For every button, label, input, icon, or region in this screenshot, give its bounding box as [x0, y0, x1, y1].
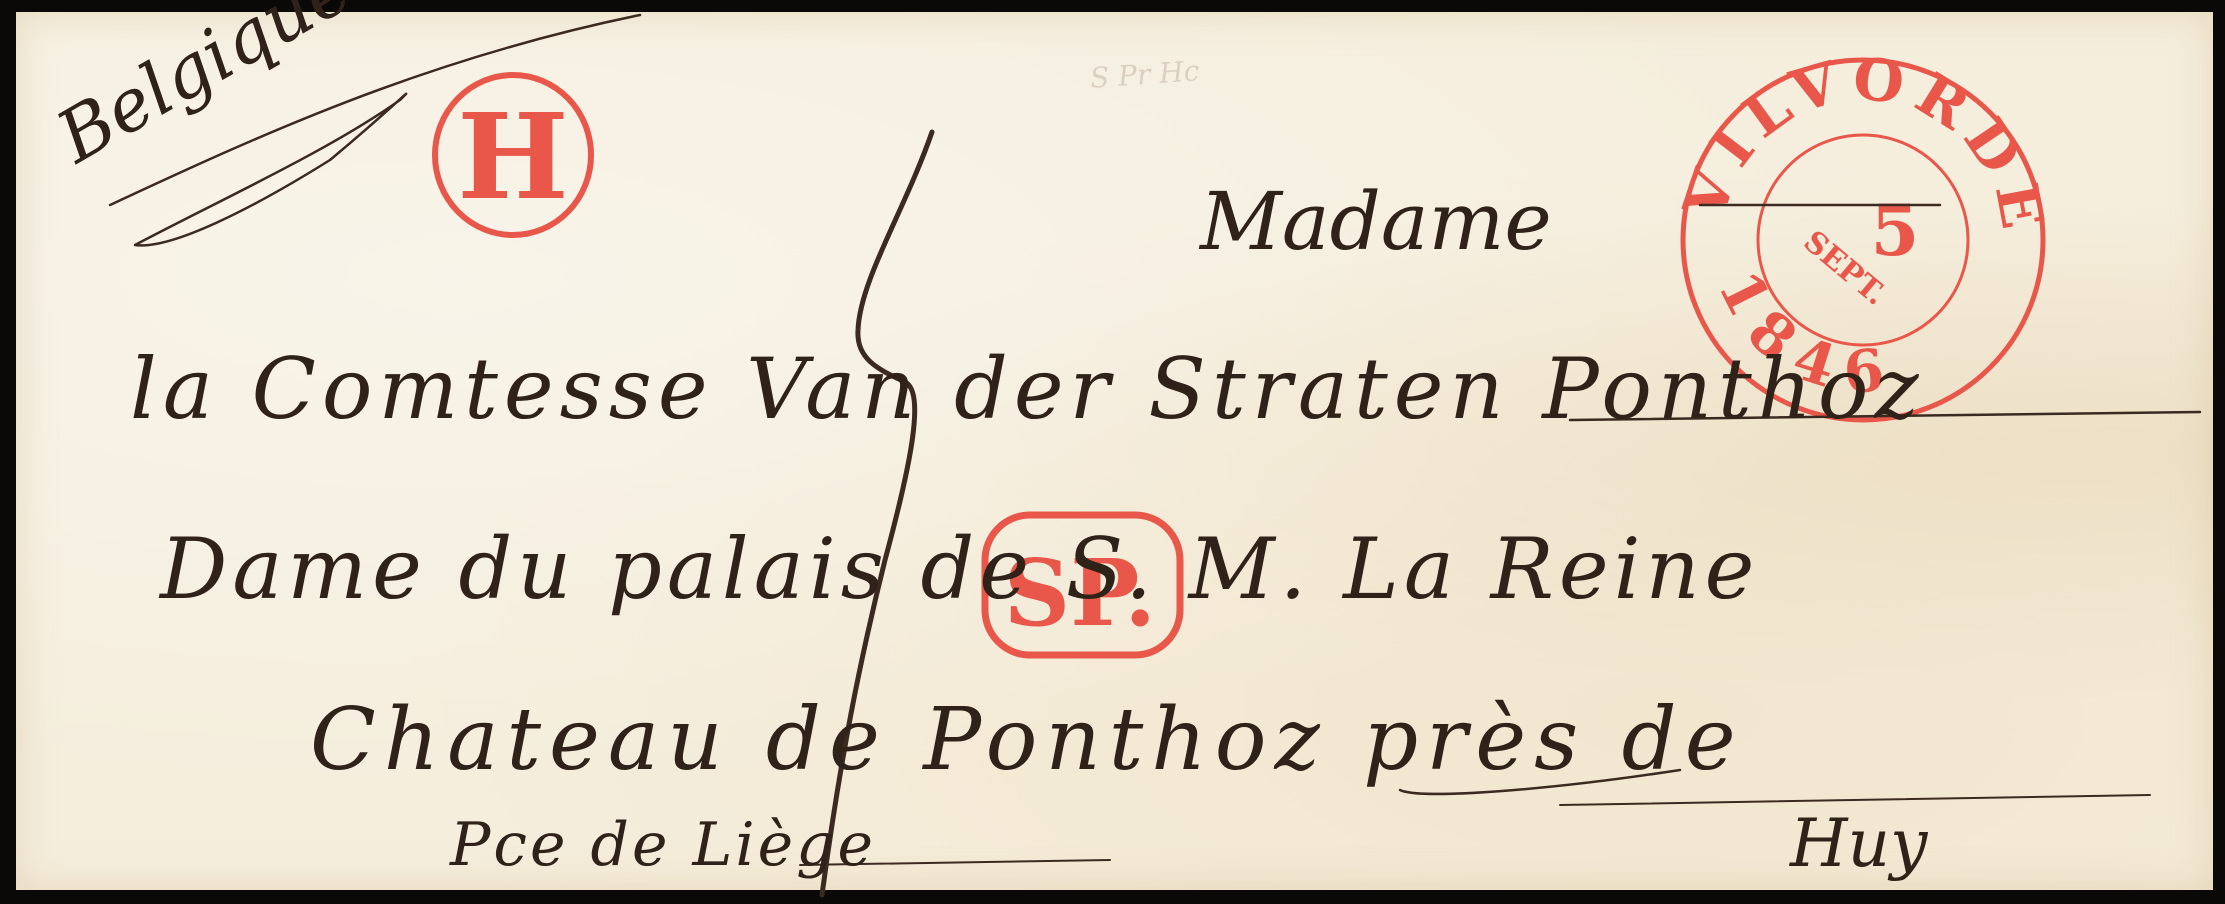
- address-line-salutation: Madame: [1200, 175, 1552, 268]
- address-line-town: Huy: [1790, 805, 1927, 882]
- h-postmark-letter: H: [457, 87, 569, 226]
- address-line-title: Dame du palais de S. M. La Reine: [160, 520, 1759, 618]
- address-line-chateau: Chateau de Ponthoz près de: [310, 690, 1744, 790]
- h-postmark: H: [435, 75, 591, 235]
- address-underline: [1560, 795, 2150, 805]
- datestamp-town: VILVORDE: [1670, 44, 2059, 244]
- datestamp-day: 5: [1871, 189, 1920, 272]
- address-line-name: la Comtesse Van der Straten Ponthoz: [130, 340, 1925, 438]
- address-line-province: Pce de Liège: [450, 810, 876, 880]
